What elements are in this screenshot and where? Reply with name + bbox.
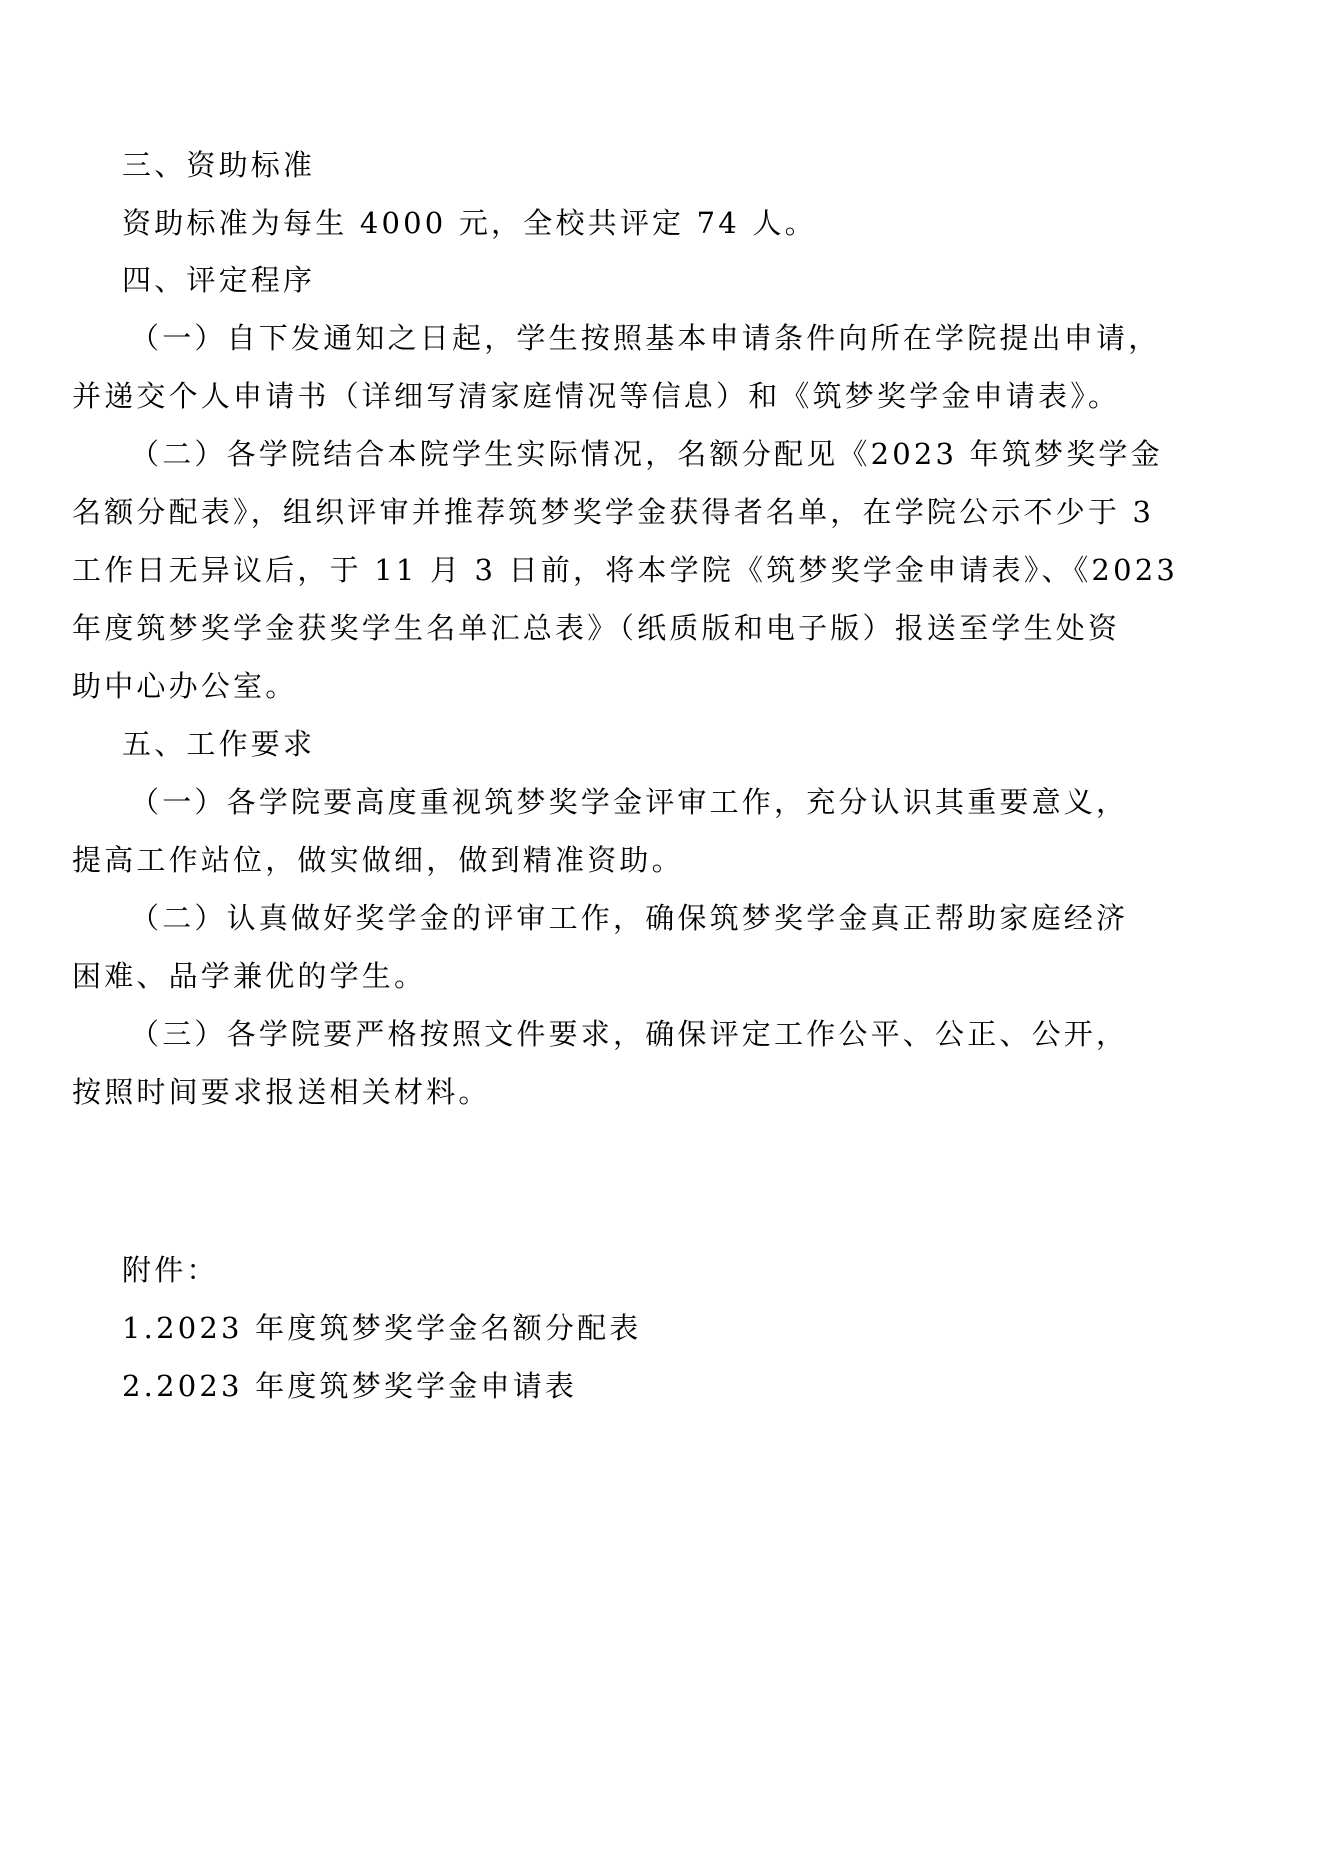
attachment-item-application-form: 2.2023 年度筑梦奖学金申请表 [122,1366,577,1406]
attachment-item-quota-table: 1.2023 年度筑梦奖学金名额分配表 [122,1308,642,1348]
paragraph-procedure-1-line-1: （一）自下发通知之日起，学生按照基本申请条件向所在学院提出申请， [130,318,1160,358]
paragraph-requirement-3-line-2: 按照时间要求报送相关材料。 [72,1072,491,1112]
paragraph-funding-standard-line-1: 资助标准为每生 4000 元，全校共评定 74 人。 [122,203,817,243]
paragraph-requirement-2-line-1: （二）认真做好奖学金的评审工作，确保筑梦奖学金真正帮助家庭经济 [130,898,1128,938]
paragraph-procedure-2-line-3: 工作日无异议后，于 11 月 3 日前，将本学院《筑梦奖学金申请表》、《2023 [72,550,1178,590]
paragraph-requirement-1-line-2: 提高工作站位，做实做细，做到精准资助。 [72,840,684,880]
document-page: 三、资助标准 资助标准为每生 4000 元，全校共评定 74 人。 四、评定程序… [0,0,1323,1871]
paragraph-procedure-2-line-5: 助中心办公室。 [72,666,297,706]
paragraph-procedure-2-line-4: 年度筑梦奖学金获奖学生名单汇总表》（纸质版和电子版）报送至学生处资 [72,608,1120,648]
paragraph-requirement-3-line-1: （三）各学院要严格按照文件要求，确保评定工作公平、公正、公开， [130,1014,1128,1054]
section-heading-funding-standard: 三、资助标准 [122,145,315,185]
paragraph-requirement-2-line-2: 困难、品学兼优的学生。 [72,956,426,996]
paragraph-procedure-2-line-1: （二）各学院结合本院学生实际情况，名额分配见《2023 年筑梦奖学金 [130,434,1163,474]
attachments-label: 附件： [122,1250,219,1290]
paragraph-procedure-1-line-2: 并递交个人申请书（详细写清家庭情况等信息）和《筑梦奖学金申请表》。 [72,376,1120,416]
section-heading-work-requirements: 五、工作要求 [122,724,315,764]
paragraph-procedure-2-line-2: 名额分配表》，组织评审并推荐筑梦奖学金获得者名单，在学院公示不少于 3 [72,492,1154,532]
paragraph-requirement-1-line-1: （一）各学院要高度重视筑梦奖学金评审工作，充分认识其重要意义， [130,782,1128,822]
section-heading-evaluation-procedure: 四、评定程序 [122,260,315,300]
